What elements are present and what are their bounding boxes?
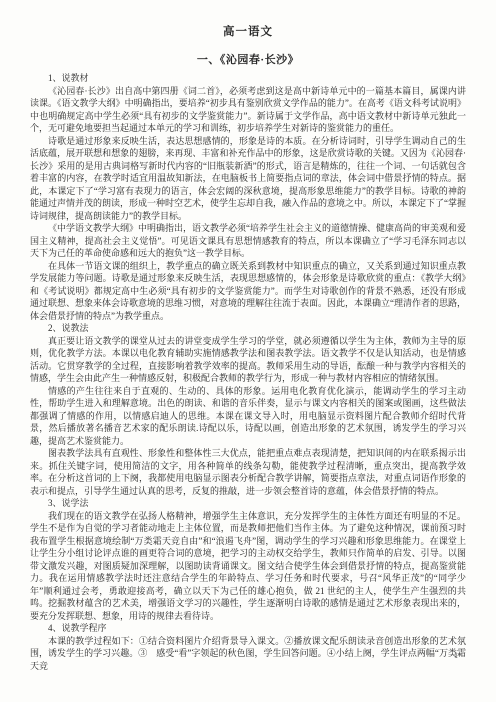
paragraph: 图表教学法具有直观性、形象性和整体性三大优点，能把重点难点表现清楚，把知识间的内… [30, 447, 466, 497]
page-number: 1 [454, 651, 458, 660]
paragraph: 本课的教学过程如下：①结合资料图片介绍背景导入课文。②播放课文配乐朗读录音创造出… [30, 635, 466, 673]
paragraph: 我们现在的语文教学在弘扬人格精神，增强学生主体意识，充分发挥学生的主体性方面还有… [30, 510, 466, 623]
paragraph: 在具体一节语文课的组织上，教学重点的确立既关系到教材中知识重点的确立，又关系到通… [30, 260, 466, 323]
paragraph: 《沁园春·长沙》出自高中第四册《词二首》，必须考虑到这是高中新诗单元中的一篇基本… [30, 85, 466, 135]
document-title: 高一语文 [30, 26, 466, 39]
subheading-shuo-xuefa: 3、说学法 [30, 497, 466, 510]
paragraph: 情感的产生往往来自于直观的、生动的、具体的形象。运用电化教育优化演示，能调动学生… [30, 385, 466, 448]
subheading-shuo-jiaofa: 2、说教法 [30, 322, 466, 335]
document-body: 1、说教材 《沁园春·长沙》出自高中第四册《词二首》，必须考虑到这是高中新诗单元… [30, 72, 466, 672]
document-page: 高一语文 一、《沁园春·长沙》 1、说教材 《沁园春·长沙》出自高中第四册《词二… [0, 0, 496, 702]
paragraph: 《中学语文教学大纲》中明确指出，语文教学必须“培养学生社会主义的道德情操、健康高… [30, 222, 466, 260]
subheading-shuo-jiaoxue-chengxu: 4、说教学程序 [30, 622, 466, 635]
paragraph: 真正要让语文教学的课堂从过去的讲堂变成学生学习的学堂，就必须遵循以学生为主体，教… [30, 335, 466, 385]
subheading-shuo-jiaocai: 1、说教材 [30, 72, 466, 85]
section-heading: 一、《沁园春·长沙》 [30, 54, 466, 66]
paragraph: 诗歌是通过形象来反映生活，表达思想感情的，形象是诗的本质。在分析诗词时，引导学生… [30, 135, 466, 223]
